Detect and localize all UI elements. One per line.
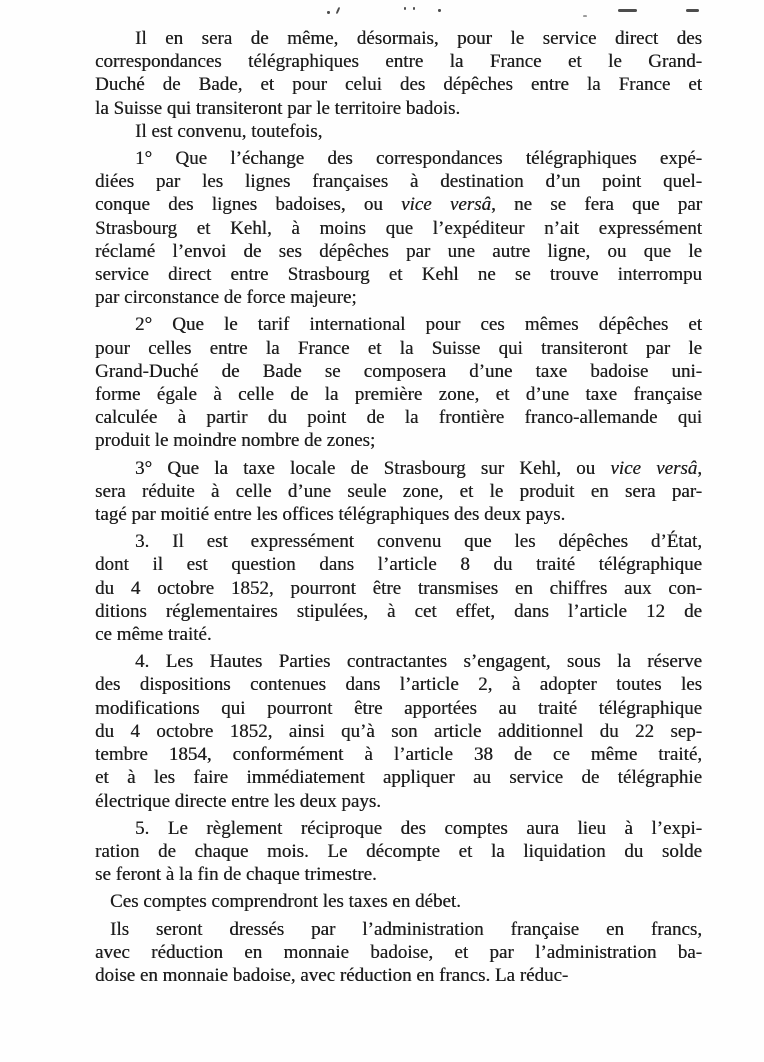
text-run: Il est convenu, toutefois, bbox=[135, 121, 322, 142]
ink-speck bbox=[413, 7, 415, 10]
text-run: se feront à la fin de chaque trimestre. bbox=[95, 864, 377, 885]
text-line: conque des lignes badoises, ou vice vers… bbox=[95, 193, 702, 216]
text-line: pour celles entre la France et la Suisse… bbox=[95, 337, 702, 360]
text-line: électrique directe entre les deux pays. bbox=[95, 790, 702, 813]
text-run: , ne se fera que par bbox=[491, 194, 702, 215]
text-run: modifications qui pourront être apportée… bbox=[95, 698, 702, 719]
text-line: produit le moindre nombre de zones; bbox=[95, 429, 702, 452]
text-line: sera réduite à celle d’une seule zone, e… bbox=[95, 480, 702, 503]
text-line: se feront à la fin de chaque trimestre. bbox=[95, 863, 702, 886]
ink-speck bbox=[327, 11, 330, 14]
text-run: ration de chaque mois. Le décompte et la… bbox=[95, 841, 702, 862]
ink-speck bbox=[583, 15, 587, 17]
text-line: Ils seront dressés par l’administration … bbox=[95, 918, 702, 941]
text-line: la Suisse qui transiteront par le territ… bbox=[95, 97, 702, 120]
text-run: Ils seront dressés par l’administration … bbox=[110, 919, 702, 940]
text-run: Duché de Bade, et pour celui des dépêche… bbox=[95, 74, 702, 95]
ink-speck bbox=[438, 9, 441, 12]
text-line: tagé par moitié entre les offices télégr… bbox=[95, 503, 702, 526]
text-line: réclamé l’envoi de ses dépêches par une … bbox=[95, 240, 702, 263]
document-text: Il en sera de même, désormais, pour le s… bbox=[95, 27, 702, 987]
text-run: 2° Que le tarif international pour ces m… bbox=[135, 314, 702, 335]
text-run: et à les faire immédiatement appliquer a… bbox=[95, 767, 702, 788]
text-line: service direct entre Strasbourg et Kehl … bbox=[95, 263, 702, 286]
text-line: Duché de Bade, et pour celui des dépêche… bbox=[95, 73, 702, 96]
text-run: par circonstance de force majeure; bbox=[95, 287, 357, 308]
text-line: doise en monnaie badoise, avec réduction… bbox=[95, 964, 702, 987]
text-line: calculée à partir du point de la frontiè… bbox=[95, 406, 702, 429]
text-line: 1° Que l’échange des correspondances tél… bbox=[95, 147, 702, 170]
text-line: ration de chaque mois. Le décompte et la… bbox=[95, 840, 702, 863]
text-line: ditions réglementaires stipulées, à cet … bbox=[95, 600, 702, 623]
text-run: Grand-Duché de Bade se composera d’une t… bbox=[95, 361, 702, 382]
text-run: correspondances télégraphiques entre la … bbox=[95, 51, 702, 72]
text-run: la Suisse qui transiteront par le territ… bbox=[95, 98, 460, 119]
text-run: 4. Les Hautes Parties contractantes s’en… bbox=[135, 651, 702, 672]
text-run: 3° Que la taxe locale de Strasbourg sur … bbox=[135, 458, 610, 479]
text-run: , bbox=[697, 458, 702, 479]
text-run: ce même traité. bbox=[95, 624, 212, 645]
text-run: 3. Il est expressément convenu que les d… bbox=[135, 531, 702, 552]
text-run: 1° Que l’échange des correspondances tél… bbox=[135, 148, 702, 169]
text-line: des dispositions contenues dans l’articl… bbox=[95, 673, 702, 696]
text-line: ce même traité. bbox=[95, 623, 702, 646]
text-line: correspondances télégraphiques entre la … bbox=[95, 50, 702, 73]
text-line: Grand-Duché de Bade se composera d’une t… bbox=[95, 360, 702, 383]
text-line: tembre 1854, conformément à l’article 38… bbox=[95, 743, 702, 766]
text-line: et à les faire immédiatement appliquer a… bbox=[95, 766, 702, 789]
ink-speck bbox=[618, 9, 637, 12]
text-line: 2° Que le tarif international pour ces m… bbox=[95, 313, 702, 336]
text-run: tagé par moitié entre les offices télégr… bbox=[95, 504, 565, 525]
text-run: produit le moindre nombre de zones; bbox=[95, 430, 375, 451]
text-run: forme égale à celle de la première zone,… bbox=[95, 384, 702, 405]
text-line: Ces comptes comprendront les taxes en dé… bbox=[95, 890, 702, 913]
text-line: dont il est question dans l’article 8 du… bbox=[95, 553, 702, 576]
text-run: Il en sera de même, désormais, pour le s… bbox=[135, 28, 702, 49]
text-run: dont il est question dans l’article 8 du… bbox=[95, 554, 702, 575]
text-line: forme égale à celle de la première zone,… bbox=[95, 383, 702, 406]
ink-speck bbox=[686, 9, 699, 12]
text-run: électrique directe entre les deux pays. bbox=[95, 791, 381, 812]
italic-phrase: vice versâ bbox=[610, 458, 697, 479]
text-run: sera réduite à celle d’une seule zone, e… bbox=[95, 481, 702, 502]
text-line: Strasbourg et Kehl, à moins que l’expédi… bbox=[95, 217, 702, 240]
text-run: réclamé l’envoi de ses dépêches par une … bbox=[95, 241, 702, 262]
text-run: conque des lignes badoises, ou bbox=[95, 194, 401, 215]
italic-phrase: vice versâ bbox=[401, 194, 491, 215]
text-run: ditions réglementaires stipulées, à cet … bbox=[95, 601, 702, 622]
text-run: Ces comptes comprendront les taxes en dé… bbox=[110, 891, 461, 912]
text-run: avec réduction en monnaie badoise, et pa… bbox=[95, 942, 702, 963]
ink-speck bbox=[404, 7, 406, 10]
text-run: tembre 1854, conformément à l’article 38… bbox=[95, 744, 702, 765]
text-run: doise en monnaie badoise, avec réduction… bbox=[95, 965, 568, 986]
text-run: service direct entre Strasbourg et Kehl … bbox=[95, 264, 702, 285]
ink-speck bbox=[336, 7, 341, 14]
text-run: du 4 octobre 1852, pourront être transmi… bbox=[95, 578, 702, 599]
text-line: 5. Le règlement réciproque des comptes a… bbox=[95, 817, 702, 840]
text-line: par circonstance de force majeure; bbox=[95, 286, 702, 309]
text-run: Strasbourg et Kehl, à moins que l’expédi… bbox=[95, 218, 702, 239]
text-line: 3° Que la taxe locale de Strasbourg sur … bbox=[95, 457, 702, 480]
scanned-page: Il en sera de même, désormais, pour le s… bbox=[0, 0, 764, 1062]
text-run: calculée à partir du point de la frontiè… bbox=[95, 407, 702, 428]
text-line: du 4 octobre 1852, pourront être transmi… bbox=[95, 577, 702, 600]
text-line: avec réduction en monnaie badoise, et pa… bbox=[95, 941, 702, 964]
text-run: pour celles entre la France et la Suisse… bbox=[95, 338, 702, 359]
text-line: Il est convenu, toutefois, bbox=[95, 120, 702, 143]
text-line: modifications qui pourront être apportée… bbox=[95, 697, 702, 720]
text-run: des dispositions contenues dans l’articl… bbox=[95, 674, 702, 695]
cropped-line-artifact bbox=[0, 0, 764, 22]
text-line: Il en sera de même, désormais, pour le s… bbox=[95, 27, 702, 50]
text-line: du 4 octobre 1852, ainsi qu’à son articl… bbox=[95, 720, 702, 743]
text-run: diées par les lignes françaises à destin… bbox=[95, 171, 702, 192]
text-line: diées par les lignes françaises à destin… bbox=[95, 170, 702, 193]
text-run: 5. Le règlement réciproque des comptes a… bbox=[135, 818, 702, 839]
text-run: du 4 octobre 1852, ainsi qu’à son articl… bbox=[95, 721, 702, 742]
text-line: 3. Il est expressément convenu que les d… bbox=[95, 530, 702, 553]
text-line: 4. Les Hautes Parties contractantes s’en… bbox=[95, 650, 702, 673]
